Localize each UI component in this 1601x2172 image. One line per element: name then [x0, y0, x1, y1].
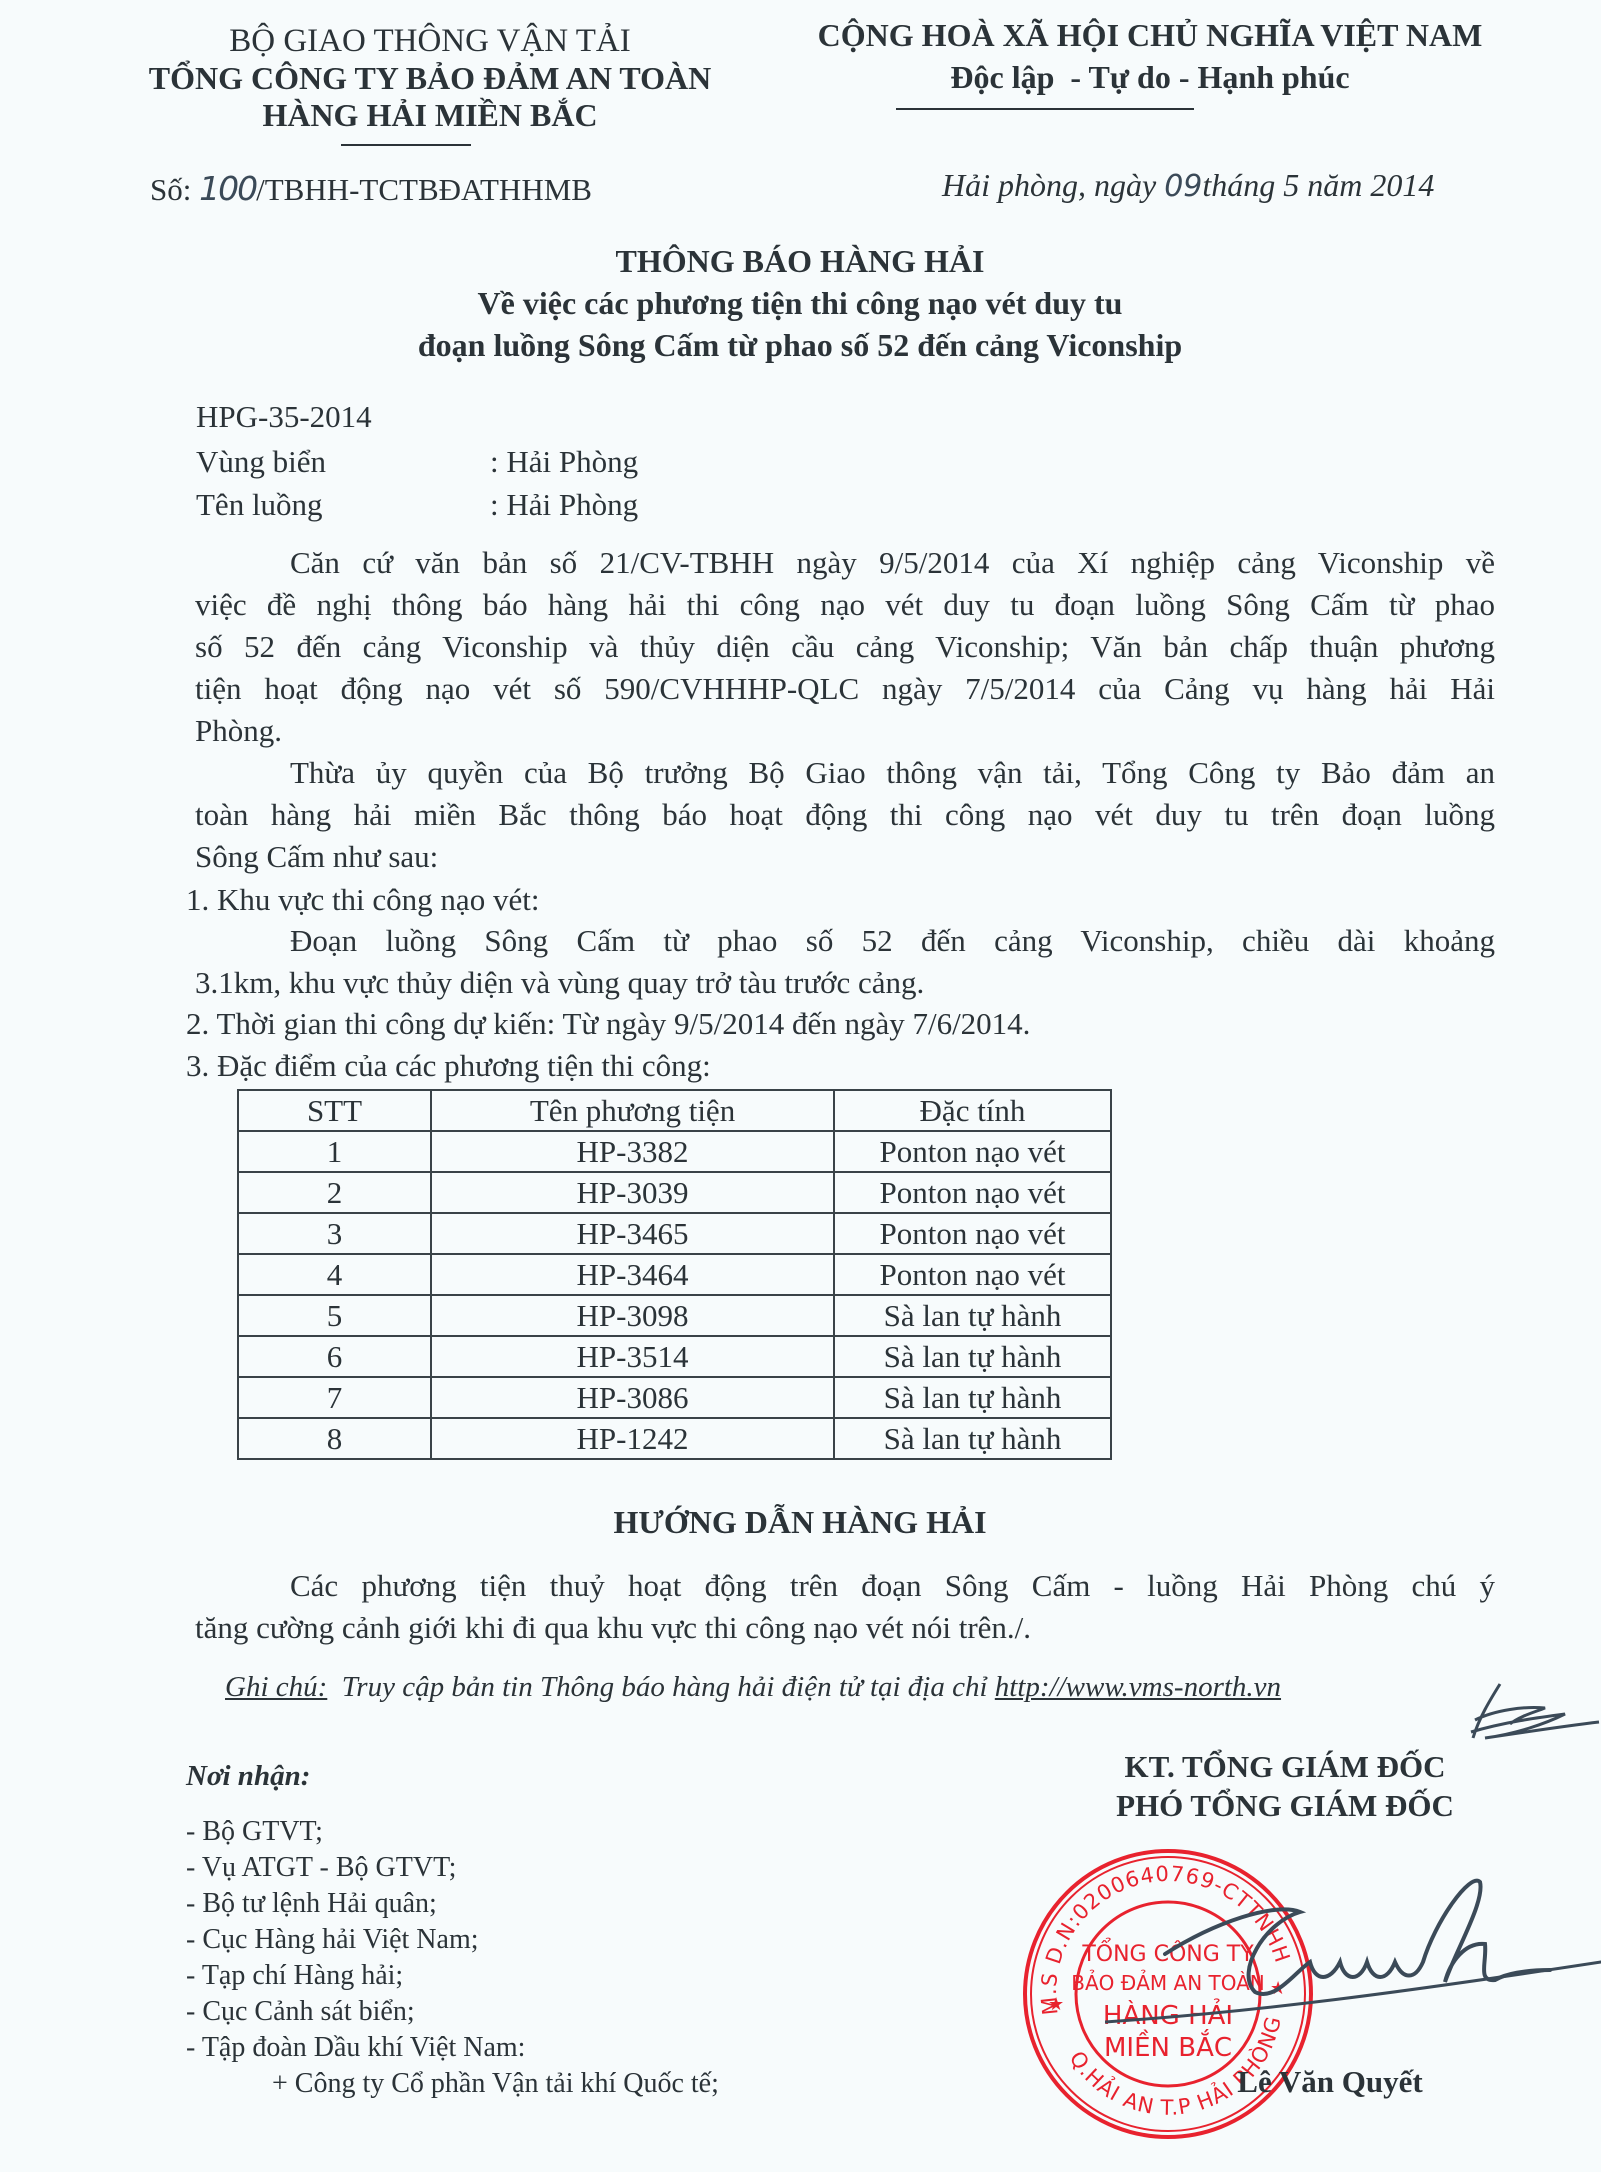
paragraph-line: Thừa ủy quyền của Bộ trưởng Bộ Giao thôn… — [195, 752, 1495, 794]
paragraph-line: Căn cứ văn bản số 21/CV-TBHH ngày 9/5/20… — [195, 542, 1495, 584]
date-prefix: Hải phòng, ngày — [942, 167, 1164, 203]
handwritten-signature-icon — [1105, 1862, 1601, 2052]
notice-code: HPG-35-2014 — [196, 397, 372, 437]
stt-cell: 6 — [238, 1336, 431, 1377]
number-handwritten: 100 — [199, 169, 256, 208]
table-row: 4HP-3464Ponton nạo vét — [238, 1254, 1111, 1295]
ministry-name: BỘ GIAO THÔNG VẬN TẢI — [150, 22, 710, 60]
paragraph-line: việc đề nghị thông báo hàng hải thi công… — [195, 584, 1495, 626]
vehicle-name-cell: HP-3464 — [431, 1254, 834, 1295]
recipient-sub-item: + Công ty Cổ phần Vận tải khí Quốc tế; — [186, 2066, 719, 2102]
table-row: 8HP-1242Sà lan tự hành — [238, 1418, 1111, 1459]
item2-schedule: 2. Thời gian thi công dự kiến: Từ ngày 9… — [186, 1004, 1030, 1044]
recipients-list: - Bộ GTVT; - Vụ ATGT - Bộ GTVT; - Bộ tư … — [186, 1814, 719, 2102]
paragraph-authorization: Thừa ủy quyền của Bộ trưởng Bộ Giao thôn… — [195, 752, 1495, 878]
characteristic-cell: Ponton nạo vét — [834, 1213, 1111, 1254]
item3-title: 3. Đặc điểm của các phương tiện thi công… — [186, 1046, 711, 1086]
note-url-link[interactable]: http://www.vms-north.vn — [995, 1671, 1281, 1703]
table-row: 3HP-3465Ponton nạo vét — [238, 1213, 1111, 1254]
stt-cell: 4 — [238, 1254, 431, 1295]
paragraph-line: toàn hàng hải miền Bắc thông báo hoạt độ… — [195, 794, 1495, 836]
signer-name: Lê Văn Quyết — [1160, 2063, 1500, 2101]
sea-area-value: : Hải Phòng — [490, 442, 638, 482]
vehicle-name-cell: HP-3514 — [431, 1336, 834, 1377]
item1-text: Đoạn luồng Sông Cấm từ phao số 52 đến cả… — [195, 920, 1495, 1004]
number-prefix: Số: — [150, 172, 191, 207]
paragraph-line: tăng cường cảnh giới khi đi qua khu vực … — [195, 1607, 1495, 1649]
document-number: Số: 100/TBHH-TCTBĐATHHMB — [150, 169, 592, 208]
channel-label: Tên luồng — [196, 485, 323, 525]
characteristic-cell: Sà lan tự hành — [834, 1295, 1111, 1336]
table-row: 5HP-3098Sà lan tự hành — [238, 1295, 1111, 1336]
channel-value: : Hải Phòng — [490, 485, 638, 525]
header-left-underline — [341, 144, 471, 146]
paragraph-line: Đoạn luồng Sông Cấm từ phao số 52 đến cả… — [195, 920, 1495, 962]
vehicle-name-cell: HP-3098 — [431, 1295, 834, 1336]
characteristic-cell: Ponton nạo vét — [834, 1254, 1111, 1295]
note-line: Ghi chú: Truy cập bản tin Thông báo hàng… — [225, 1671, 1281, 1704]
recipient-item: - Vụ ATGT - Bộ GTVT; — [186, 1850, 719, 1886]
issue-date: Hải phòng, ngày 09tháng 5 năm 2014 — [942, 167, 1434, 204]
stt-cell: 1 — [238, 1131, 431, 1172]
recipients-label: Nơi nhận: — [186, 1760, 310, 1793]
vehicle-table: STT Tên phương tiện Đặc tính 1HP-3382Pon… — [237, 1089, 1112, 1460]
date-suffix: tháng 5 năm 2014 — [1202, 167, 1434, 203]
stt-cell: 8 — [238, 1418, 431, 1459]
table-row: 2HP-3039Ponton nạo vét — [238, 1172, 1111, 1213]
paragraph-line: tiện hoạt động nạo vét số 590/CVHHHP-QLC… — [195, 668, 1495, 710]
table-row: 7HP-3086Sà lan tự hành — [238, 1377, 1111, 1418]
guidance-text: Các phương tiện thuỷ hoạt động trên đoạn… — [195, 1565, 1495, 1649]
stt-cell: 3 — [238, 1213, 431, 1254]
notice-subtitle-line1: Về việc các phương tiện thi công nạo vét… — [300, 284, 1300, 322]
recipient-item: - Tập đoàn Dầu khí Việt Nam: — [186, 2030, 719, 2066]
signer-title-line2: PHÓ TỔNG GIÁM ĐỐC — [1060, 1787, 1510, 1825]
organization-name-line2: HÀNG HẢI MIỀN BẮC — [150, 96, 710, 134]
date-day-handwritten: 09 — [1164, 169, 1202, 204]
paragraph-line: Phòng. — [195, 710, 1495, 752]
stt-cell: 7 — [238, 1377, 431, 1418]
recipient-item: - Bộ tư lệnh Hải quân; — [186, 1886, 719, 1922]
paragraph-line: Sông Cấm như sau: — [195, 836, 1495, 878]
characteristic-cell: Ponton nạo vét — [834, 1172, 1111, 1213]
table-header-row: STT Tên phương tiện Đặc tính — [238, 1090, 1111, 1131]
item1-title: 1. Khu vực thi công nạo vét: — [186, 880, 539, 920]
characteristic-cell: Ponton nạo vét — [834, 1131, 1111, 1172]
column-header-stt: STT — [238, 1090, 431, 1131]
notice-subtitle-line2: đoạn luồng Sông Cấm từ phao số 52 đến cả… — [250, 326, 1350, 364]
note-label: Ghi chú: — [225, 1671, 327, 1703]
recipient-item: - Bộ GTVT; — [186, 1814, 719, 1850]
paragraph-basis: Căn cứ văn bản số 21/CV-TBHH ngày 9/5/20… — [195, 542, 1495, 752]
characteristic-cell: Sà lan tự hành — [834, 1418, 1111, 1459]
paragraph-line: Các phương tiện thuỷ hoạt động trên đoạn… — [195, 1565, 1495, 1607]
country-name: CỘNG HOÀ XÃ HỘI CHỦ NGHĨA VIỆT NAM — [800, 16, 1500, 54]
table-row: 1HP-3382Ponton nạo vét — [238, 1131, 1111, 1172]
signer-title-line1: KT. TỔNG GIÁM ĐỐC — [1060, 1748, 1510, 1786]
initial-paraph-icon — [1465, 1680, 1601, 1750]
paragraph-line: số 52 đến cảng Viconship và thủy diện cầ… — [195, 626, 1495, 668]
number-suffix: /TBHH-TCTBĐATHHMB — [256, 172, 592, 207]
national-motto: Độc lập - Tự do - Hạnh phúc — [870, 58, 1430, 96]
sea-area-label: Vùng biển — [196, 442, 326, 482]
vehicle-name-cell: HP-3382 — [431, 1131, 834, 1172]
column-header-vehicle-name: Tên phương tiện — [431, 1090, 834, 1131]
stt-cell: 2 — [238, 1172, 431, 1213]
vehicle-name-cell: HP-3465 — [431, 1213, 834, 1254]
vehicle-name-cell: HP-3086 — [431, 1377, 834, 1418]
recipient-item: - Cục Cảnh sát biển; — [186, 1994, 719, 2030]
svg-text:★: ★ — [1048, 1994, 1064, 2015]
recipient-item: - Tạp chí Hàng hải; — [186, 1958, 719, 1994]
organization-name-line1: TỔNG CÔNG TY BẢO ĐẢM AN TOÀN — [100, 59, 760, 97]
guidance-title: HƯỚNG DẪN HÀNG HẢI — [400, 1503, 1200, 1541]
vehicle-name-cell: HP-3039 — [431, 1172, 834, 1213]
vehicle-name-cell: HP-1242 — [431, 1418, 834, 1459]
recipient-item: - Cục Hàng hải Việt Nam; — [186, 1922, 719, 1958]
header-right-underline — [896, 108, 1194, 110]
characteristic-cell: Sà lan tự hành — [834, 1336, 1111, 1377]
stt-cell: 5 — [238, 1295, 431, 1336]
column-header-characteristic: Đặc tính — [834, 1090, 1111, 1131]
note-text: Truy cập bản tin Thông báo hàng hải điện… — [342, 1671, 995, 1703]
paragraph-line: 3.1km, khu vực thủy diện và vùng quay tr… — [195, 962, 1495, 1004]
table-row: 6HP-3514Sà lan tự hành — [238, 1336, 1111, 1377]
characteristic-cell: Sà lan tự hành — [834, 1377, 1111, 1418]
notice-title: THÔNG BÁO HÀNG HẢI — [400, 242, 1200, 280]
